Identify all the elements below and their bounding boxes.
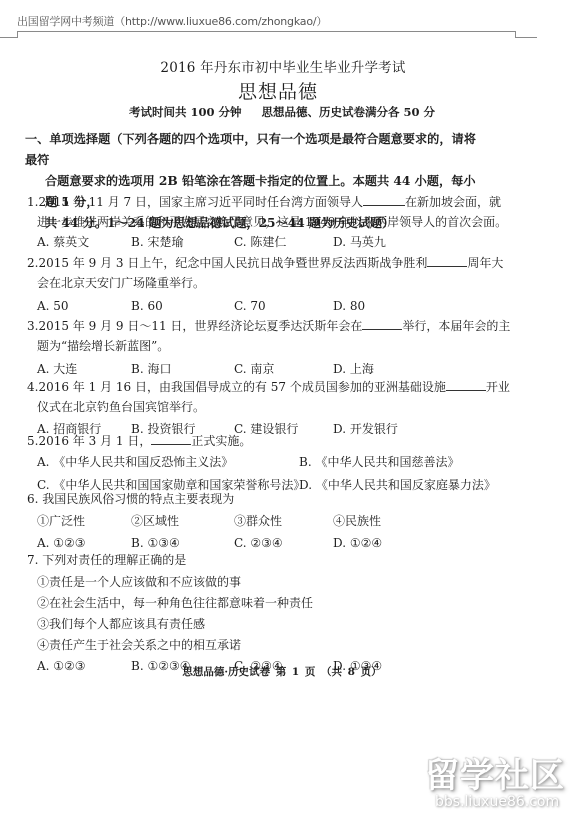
question-5: 5.2016 年 3 月 1 日，正式实施。 A. 《中华人民共和国反恐怖主义法… <box>27 431 251 495</box>
question-stem: 7. 下列对责任的理解正确的是 <box>27 550 313 570</box>
statement-4: ④责任产生于社会关系之中的相互承诺 <box>27 635 313 655</box>
page-footer: 思想品德·历史试卷 第 1 页 （共 8 页） <box>0 664 584 679</box>
options-row: A. 50 B. 60 C. 70 D. 80 <box>27 296 503 316</box>
option-c[interactable]: C. 陈建仁 <box>234 232 286 252</box>
question-stem: 仪式在北京钓鱼台国宾馆举行。 <box>27 397 510 417</box>
statement-1: ①责任是一个人应该做和不应该做的事 <box>27 572 313 592</box>
header-site-link[interactable]: 出国留学网中考频道（http://www.liuxue86.com/zhongk… <box>17 13 327 29</box>
answer-blank <box>446 378 486 391</box>
question-2: 2.2015 年 9 月 3 日上午，纪念中国人民抗日战争暨世界反法西斯战争胜利… <box>27 253 503 316</box>
option-d[interactable]: D. 马英九 <box>333 232 386 252</box>
question-stem: 周年大 <box>467 256 503 270</box>
exam-title: 2016 年丹东市初中毕业生毕业升学考试 <box>0 56 584 76</box>
question-4: 4.2016 年 1 月 16 日，由我国倡导成立的有 57 个成员国参加的亚洲… <box>27 377 510 439</box>
statement-3: ③群众性 <box>234 511 282 531</box>
question-stem: 正式实施。 <box>191 434 251 448</box>
options-row: A. 蔡英文 B. 宋楚瑜 C. 陈建仁 D. 马英九 <box>27 232 507 252</box>
header-rule-main <box>17 31 516 32</box>
statement-2: ②在社会生活中，每一种角色往往都意味着一种责任 <box>27 593 313 613</box>
question-stem: 6. 我国民族风俗习惯的特点主要表现为 <box>27 489 234 509</box>
question-7: 7. 下列对责任的理解正确的是 ①责任是一个人应该做和不应该做的事 ②在社会生活… <box>27 550 313 676</box>
option-c[interactable]: C. 70 <box>234 296 266 316</box>
question-stem: 会在北京天安门广场隆重举行。 <box>27 273 503 293</box>
option-d[interactable]: D. 《中华人民共和国反家庭暴力法》 <box>299 475 496 495</box>
statements-row: ①广泛性 ②区域性 ③群众性 ④民族性 <box>27 511 234 531</box>
question-stem: 1.2015 年 11 月 7 日，国家主席习近平同时任台湾方面领导人 <box>27 195 363 209</box>
answer-blank <box>151 432 191 445</box>
option-d[interactable]: D. 开发银行 <box>333 419 398 439</box>
question-stem: 进一步推进两岸关系的和平发展交换了意见，这是 1949 年以来两岸领导人的首次会… <box>27 212 507 232</box>
answer-blank <box>363 193 405 206</box>
option-a[interactable]: A. 蔡英文 <box>37 232 89 252</box>
options-row: A. 大连 B. 海口 C. 南京 D. 上海 <box>27 359 510 379</box>
question-3: 3.2015 年 9 月 9 日～11 日，世界经济论坛夏季达沃斯年会在举行，本… <box>27 316 510 379</box>
option-d[interactable]: D. ①②④ <box>333 533 382 553</box>
answer-blank <box>427 254 467 267</box>
option-d[interactable]: D. 80 <box>333 296 365 316</box>
option-a[interactable]: A. 50 <box>37 296 69 316</box>
question-6: 6. 我国民族风俗习惯的特点主要表现为 ①广泛性 ②区域性 ③群众性 ④民族性 … <box>27 489 234 553</box>
question-stem: 2.2015 年 9 月 3 日上午，纪念中国人民抗日战争暨世界反法西斯战争胜利 <box>27 256 427 270</box>
statement-3: ③我们每个人都应该具有责任感 <box>27 614 313 634</box>
exam-subject: 思想品德 <box>0 77 584 104</box>
option-d[interactable]: D. 上海 <box>333 359 374 379</box>
option-b[interactable]: B. 《中华人民共和国慈善法》 <box>299 452 459 472</box>
option-b[interactable]: B. 海口 <box>131 359 171 379</box>
question-stem: 开业 <box>486 380 510 394</box>
answer-blank <box>362 317 402 330</box>
watermark-url: bbs.liuxue86.com <box>435 794 575 810</box>
question-stem: 题为“描绘增长新蓝图”。 <box>27 336 510 356</box>
section-line-1: 一、单项选择题（下列各题的四个选项中，只有一个选项是最符合题意要求的，请将最符 <box>25 129 485 171</box>
option-a[interactable]: A. 《中华人民共和国反恐怖主义法》 <box>37 452 233 472</box>
watermark-logo: 留学社区 bbs.liuxue86.com <box>425 758 575 818</box>
option-a[interactable]: A. 大连 <box>37 359 77 379</box>
statement-1: ①广泛性 <box>37 511 85 531</box>
question-stem: 5.2016 年 3 月 1 日， <box>27 434 151 448</box>
exam-info: 考试时间共 100 分钟 思想品德、历史试卷满分各 50 分 <box>0 104 584 120</box>
question-stem: 举行，本届年会的主 <box>402 319 510 333</box>
watermark-logo-text: 留学社区 <box>425 758 575 794</box>
option-c[interactable]: C. 南京 <box>234 359 274 379</box>
statement-2: ②区域性 <box>131 511 179 531</box>
option-b[interactable]: B. 60 <box>131 296 163 316</box>
question-1: 1.2015 年 11 月 7 日，国家主席习近平同时任台湾方面领导人在新加坡会… <box>27 192 507 252</box>
question-stem: 在新加坡会面，就 <box>405 195 501 209</box>
options-row: A. 《中华人民共和国反恐怖主义法》 B. 《中华人民共和国慈善法》 <box>27 452 251 472</box>
question-stem: 4.2016 年 1 月 16 日，由我国倡导成立的有 57 个成员国参加的亚洲… <box>27 380 446 394</box>
header-rule-left-riser <box>17 31 18 38</box>
question-stem: 3.2015 年 9 月 9 日～11 日，世界经济论坛夏季达沃斯年会在 <box>27 319 362 333</box>
header-rule-left <box>0 37 17 38</box>
header-rule-right <box>515 37 537 38</box>
statement-4: ④民族性 <box>333 511 381 531</box>
option-b[interactable]: B. 宋楚瑜 <box>131 232 183 252</box>
